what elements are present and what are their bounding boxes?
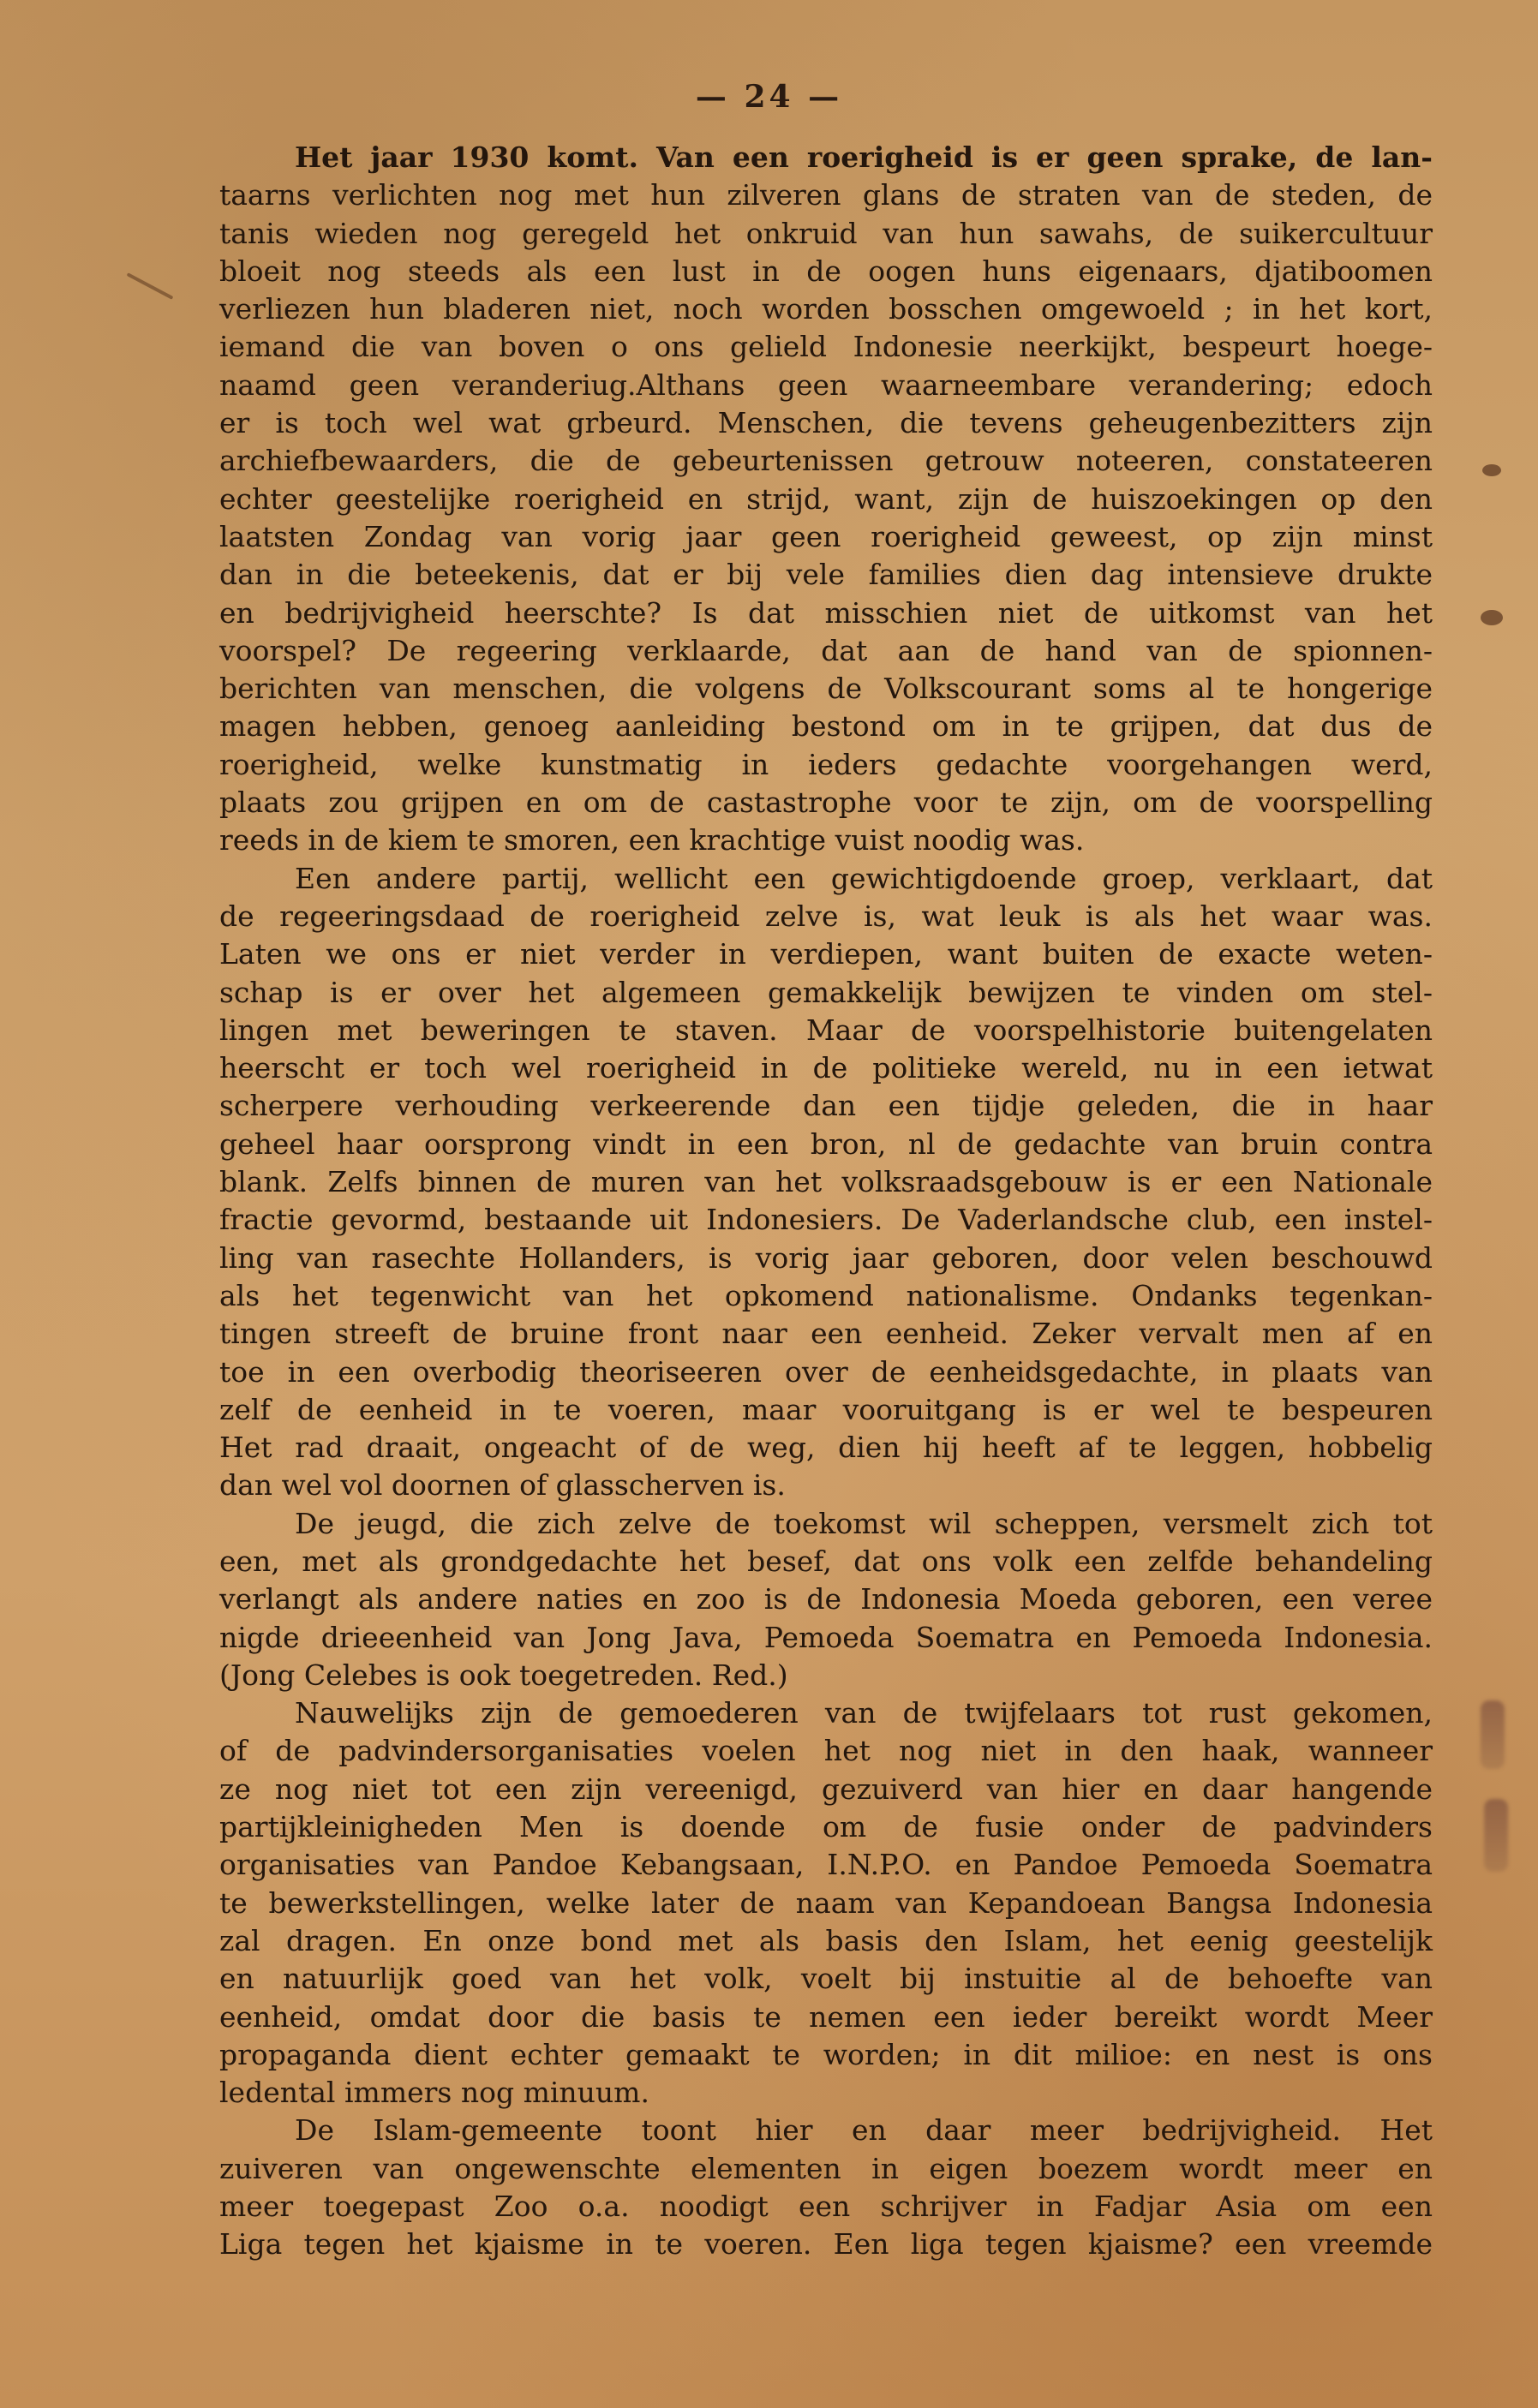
text-line: reeds in de kiem te smoren, een krachtig… <box>219 822 1433 859</box>
text-line: bloeit nog steeds als een lust in de oog… <box>219 253 1433 290</box>
text-line: een, met als grondgedachte het besef, da… <box>219 1543 1433 1580</box>
text-line: Nauwelijks zijn de gemoederen van de twi… <box>219 1694 1433 1732</box>
text-line: te bewerkstellingen, welke later de naam… <box>219 1885 1433 1922</box>
text-line: schap is er over het algemeen gemakkelij… <box>219 974 1433 1012</box>
text-line: tanis wieden nog geregeld het onkruid va… <box>219 215 1433 253</box>
text-line: Een andere partij, wellicht een gewichti… <box>219 860 1433 898</box>
text-line: roerigheid, welke kunstmatig in ieders g… <box>219 746 1433 784</box>
text-line: Het rad draait, ongeacht of de weg, dien… <box>219 1429 1433 1467</box>
text-line: organisaties van Pandoe Kebangsaan, I.N.… <box>219 1846 1433 1884</box>
text-line: de regeeringsdaad de roerigheid zelve is… <box>219 898 1433 935</box>
text-line: voorspel? De regeering verklaarde, dat a… <box>219 632 1433 670</box>
text-line: laatsten Zondag van vorig jaar geen roer… <box>219 518 1433 556</box>
paragraph-5: De Islam-gemeente toont hier en daar mee… <box>219 2112 1433 2263</box>
scanned-page: — 24 — Het jaar 1930 komt. Van een roeri… <box>0 0 1538 2408</box>
stray-pencil-mark <box>127 272 174 300</box>
text-line: taarns verlichten nog met hun zilveren g… <box>219 176 1433 214</box>
text-line: dan wel vol doornen of glasscherven is. <box>219 1467 1433 1504</box>
text-line: verlangt als andere naties en zoo is de … <box>219 1580 1433 1618</box>
page-number: — 24 — <box>0 79 1538 115</box>
text-line: De Islam-gemeente toont hier en daar mee… <box>219 2112 1433 2149</box>
text-line: zal dragen. En onze bond met als basis d… <box>219 1922 1433 1960</box>
text-line: naamd geen veranderiug.Althans geen waar… <box>219 367 1433 404</box>
margin-ink-mark <box>1481 610 1503 625</box>
text-line: plaats zou grijpen en om de castastrophe… <box>219 784 1433 822</box>
text-line: scherpere verhouding verkeerende dan een… <box>219 1087 1433 1125</box>
paragraph-4: Nauwelijks zijn de gemoederen van de twi… <box>219 1694 1433 2112</box>
text-line: Laten we ons er niet verder in verdiepen… <box>219 935 1433 973</box>
text-line: Het jaar 1930 komt. Van een roerigheid i… <box>219 139 1433 176</box>
body-text: Het jaar 1930 komt. Van een roerigheid i… <box>219 139 1433 2264</box>
text-line: zelf de eenheid in te voeren, maar vooru… <box>219 1391 1433 1429</box>
text-line: eenheid, omdat door die basis te nemen e… <box>219 1999 1433 2036</box>
paragraph-1: Het jaar 1930 komt. Van een roerigheid i… <box>219 139 1433 860</box>
text-line: De jeugd, die zich zelve de toekomst wil… <box>219 1505 1433 1543</box>
text-line: verliezen hun bladeren niet, noch worden… <box>219 290 1433 328</box>
text-line: echter geestelijke roerigheid en strijd,… <box>219 481 1433 518</box>
text-line: als het tegenwicht van het opkomend nati… <box>219 1277 1433 1315</box>
text-line: meer toegepast Zoo o.a. noodigt een schr… <box>219 2188 1433 2226</box>
text-line: propaganda dient echter gemaakt te worde… <box>219 2036 1433 2074</box>
text-line: berichten van menschen, die volgens de V… <box>219 670 1433 708</box>
text-line: zuiveren van ongewenschte elementen in e… <box>219 2150 1433 2188</box>
text-line: iemand die van boven o ons gelield Indon… <box>219 328 1433 366</box>
margin-ink-mark <box>1482 464 1501 476</box>
text-line: ling van rasechte Hollanders, is vorig j… <box>219 1240 1433 1277</box>
text-line: dan in die beteekenis, dat er bij vele f… <box>219 556 1433 594</box>
text-line: Liga tegen het kjaisme in te voeren. Een… <box>219 2226 1433 2263</box>
text-line: of de padvindersorganisaties voelen het … <box>219 1732 1433 1770</box>
text-line: en bedrijvigheid heerschte? Is dat missc… <box>219 595 1433 632</box>
text-line: ze nog niet tot een zijn vereenigd, gezu… <box>219 1771 1433 1808</box>
text-line: lingen met beweringen te staven. Maar de… <box>219 1012 1433 1049</box>
text-line: er is toch wel wat grbeurd. Menschen, di… <box>219 404 1433 442</box>
text-line: heerscht er toch wel roerigheid in de po… <box>219 1049 1433 1087</box>
text-line: fractie gevormd, bestaande uit Indonesie… <box>219 1201 1433 1239</box>
text-line: partijkleinigheden Men is doende om de f… <box>219 1808 1433 1846</box>
text-line: archiefbewaarders, die de gebeurtenissen… <box>219 442 1433 480</box>
paragraph-3: De jeugd, die zich zelve de toekomst wil… <box>219 1505 1433 1694</box>
text-line: nigde drieeenheid van Jong Java, Pemoeda… <box>219 1619 1433 1657</box>
text-line: toe in een overbodig theoriseeren over d… <box>219 1353 1433 1391</box>
text-line: geheel haar oorsprong vindt in een bron,… <box>219 1126 1433 1163</box>
text-line: ledental immers nog minuum. <box>219 2074 1433 2112</box>
text-line: magen hebben, genoeg aanleiding bestond … <box>219 708 1433 745</box>
paragraph-2: Een andere partij, wellicht een gewichti… <box>219 860 1433 1505</box>
margin-stain <box>1484 1799 1508 1872</box>
text-line: en natuurlijk goed van het volk, voelt b… <box>219 1960 1433 1998</box>
text-line: blank. Zelfs binnen de muren van het vol… <box>219 1163 1433 1201</box>
text-line: (Jong Celebes is ook toegetreden. Red.) <box>219 1657 1433 1694</box>
margin-stain <box>1481 1700 1505 1769</box>
text-line: tingen streeft de bruine front naar een … <box>219 1315 1433 1353</box>
